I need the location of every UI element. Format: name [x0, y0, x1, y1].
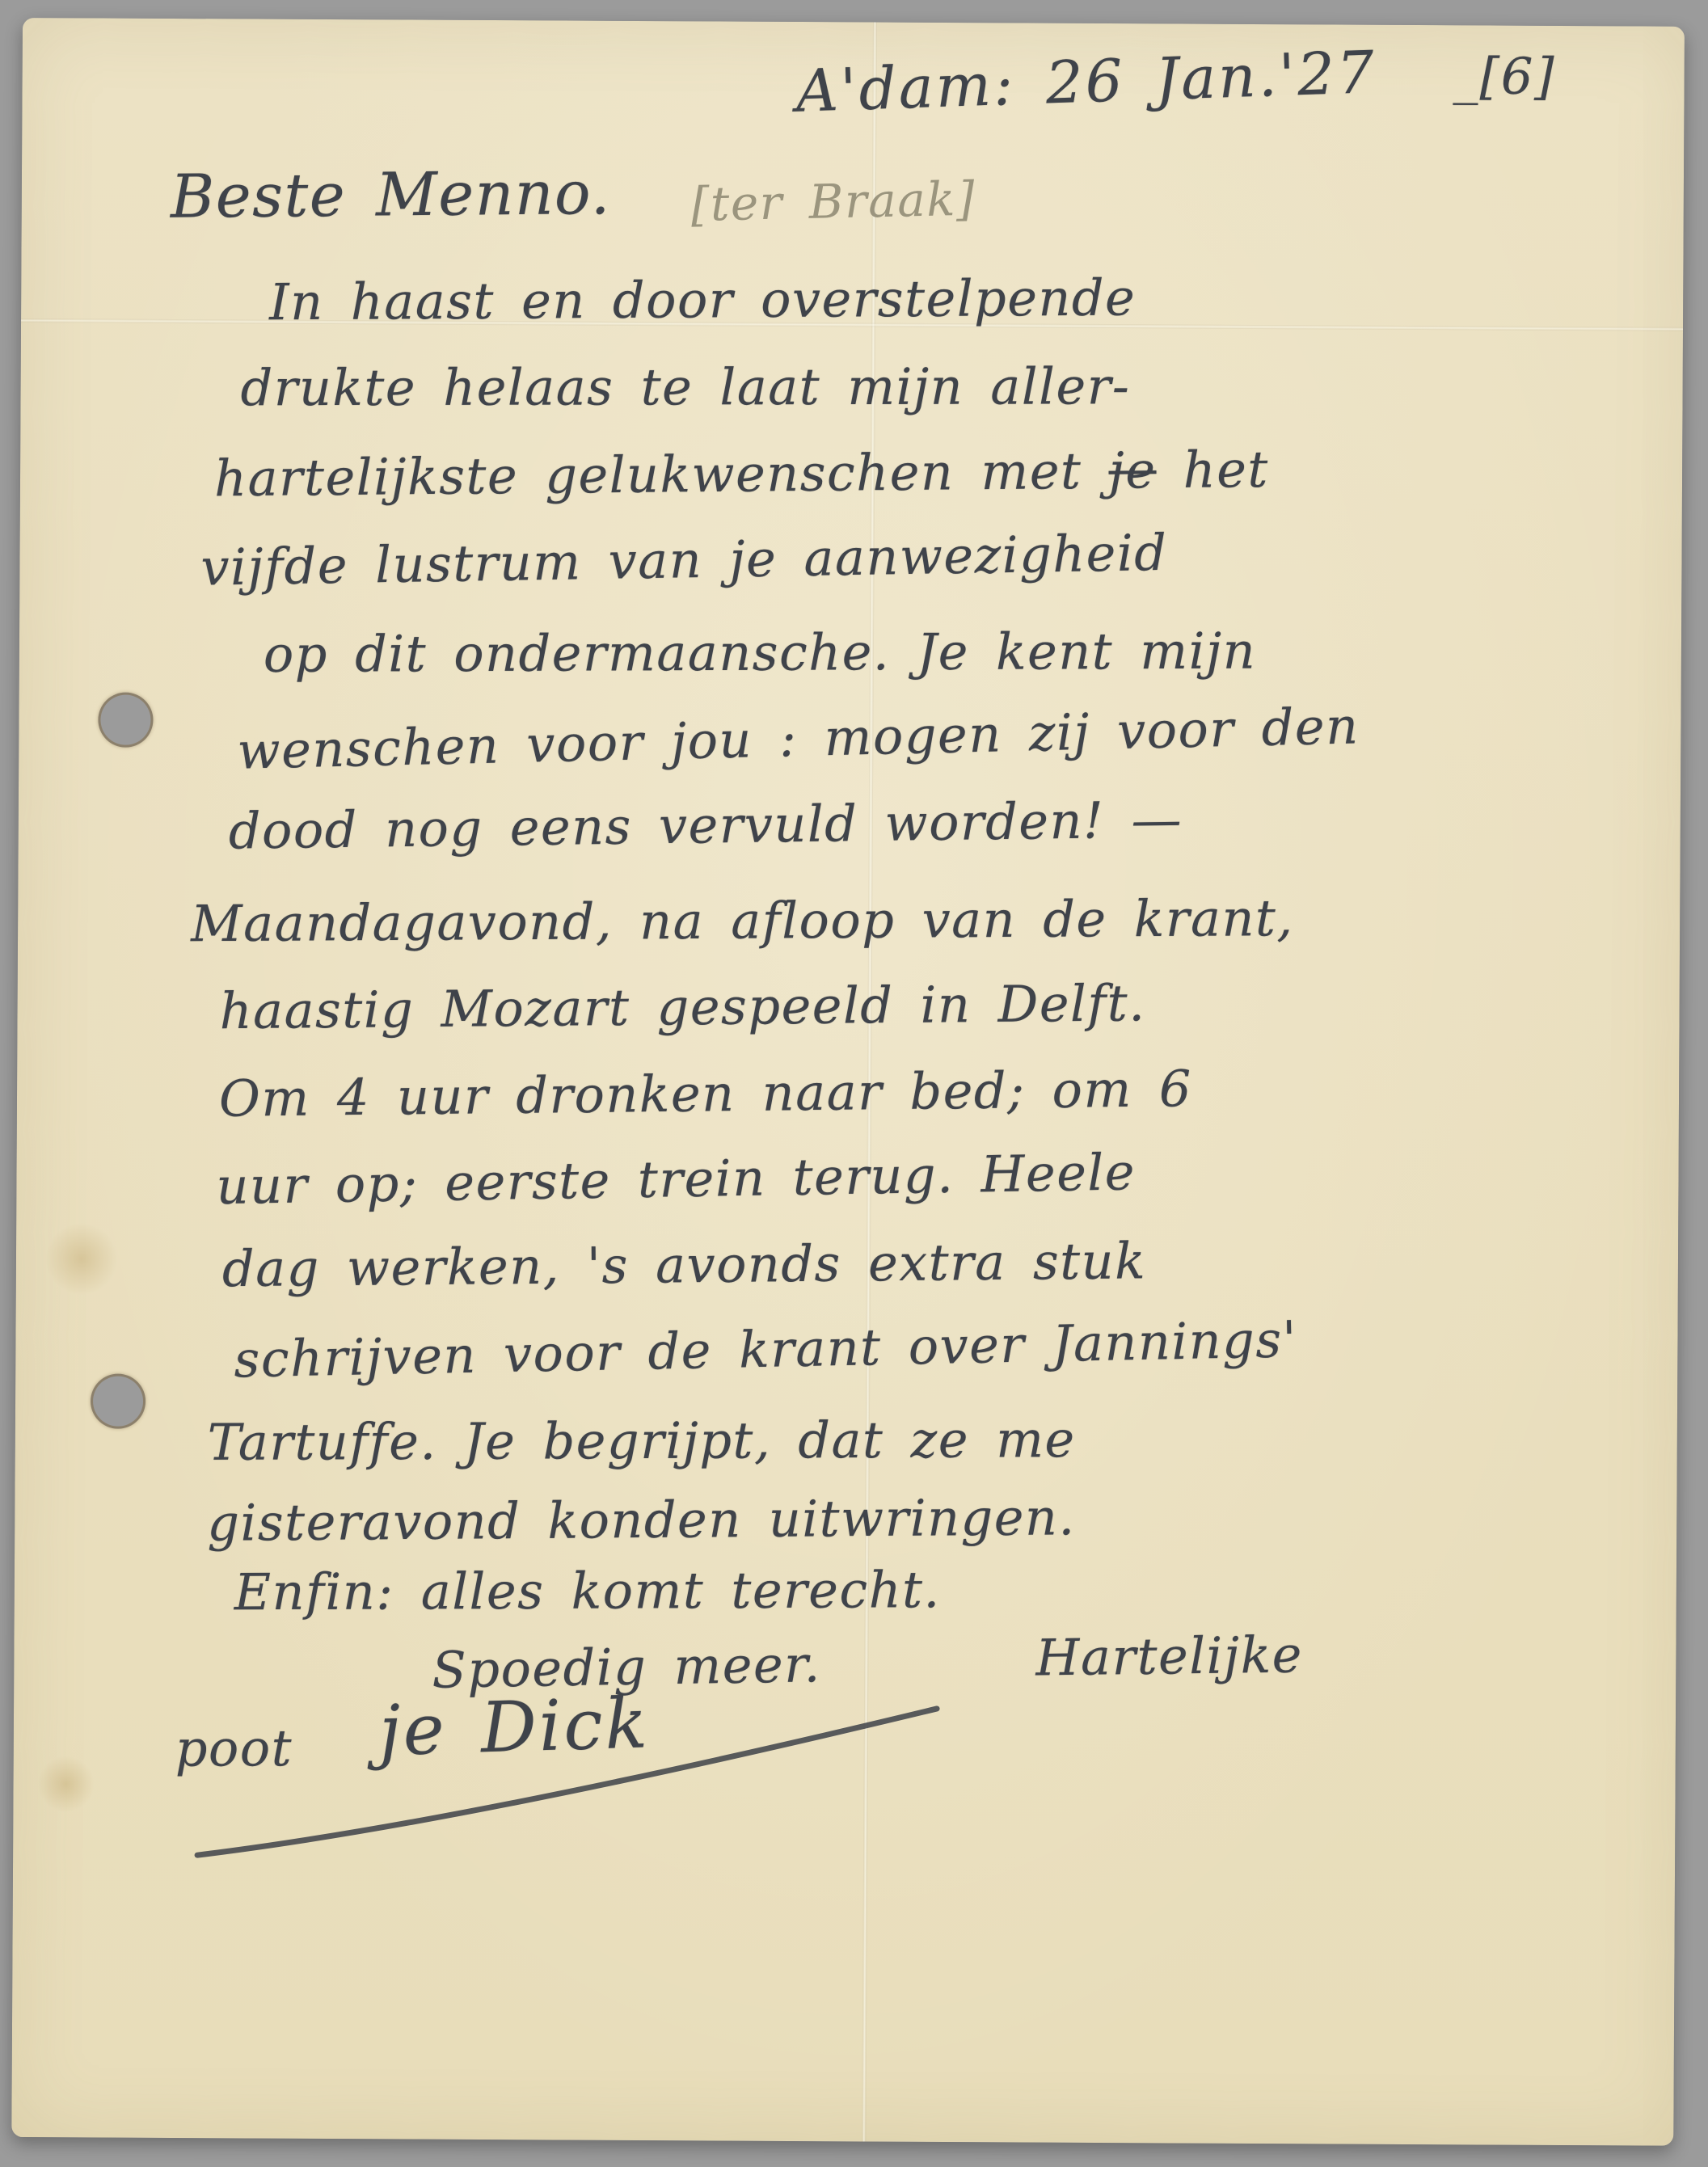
salutation: Beste Menno. [170, 158, 611, 232]
handwriting-line-11: uur op; eerste trein terug. Heele [216, 1142, 1136, 1216]
handwriting-line-3: hartelijkste gelukwenschen met je het [214, 440, 1269, 508]
closing-right: Hartelijke [1035, 1625, 1303, 1687]
handwriting-line-9: haastig Mozart gespeeld in Delft. [219, 973, 1145, 1040]
punch-hole-bottom [91, 1373, 145, 1428]
handwriting-line-12: dag werken, 's avonds extra stuk [222, 1231, 1147, 1298]
pencil-annotation: [ter Braak] [690, 171, 976, 232]
paper-stain [37, 1756, 94, 1812]
line-3-text-end: het [1156, 440, 1269, 500]
handwriting-line-2: drukte helaas te laat mijn aller- [241, 356, 1131, 417]
paper-stain [45, 1222, 118, 1295]
date-line: A'dam: 26 Jan.'27 [795, 38, 1377, 125]
handwriting-line-4: vijfde lustrum van je aanwezigheid [200, 523, 1168, 597]
page-number-annotation: _[6] [1453, 46, 1555, 106]
handwriting-line-7: dood nog eens vervuld worden! — [228, 790, 1183, 860]
line-3-text: hartelijkste gelukwenschen met [214, 441, 1109, 508]
punch-hole-top [98, 693, 153, 748]
closing-word: poot [175, 1718, 293, 1778]
handwriting-line-13: schrijven voor de krant over Jannings' [234, 1309, 1298, 1389]
struck-word: je [1108, 441, 1157, 500]
handwriting-line-6: wenschen voor jou : mogen zij voor den [237, 696, 1360, 780]
handwriting-line-1: In haast en door overstelpende [269, 268, 1136, 332]
handwriting-line-8: Maandagavond, na afloop van de krant, [191, 888, 1294, 953]
handwriting-line-15: gisteravond konden uitwringen. [207, 1487, 1076, 1552]
handwriting-line-16: Enfin: alles komt terecht. [234, 1560, 941, 1621]
handwriting-line-10: Om 4 uur dronken naar bed; om 6 [219, 1059, 1193, 1128]
handwriting-line-5: op dit ondermaansche. Je kent mijn [264, 622, 1256, 684]
letter-paper: A'dam: 26 Jan.'27 _[6] Beste Menno. [ter… [11, 18, 1685, 2146]
signature: je Dick [378, 1683, 651, 1772]
handwriting-line-14: Tartuffe. Je begrijpt, dat ze me [208, 1410, 1076, 1472]
